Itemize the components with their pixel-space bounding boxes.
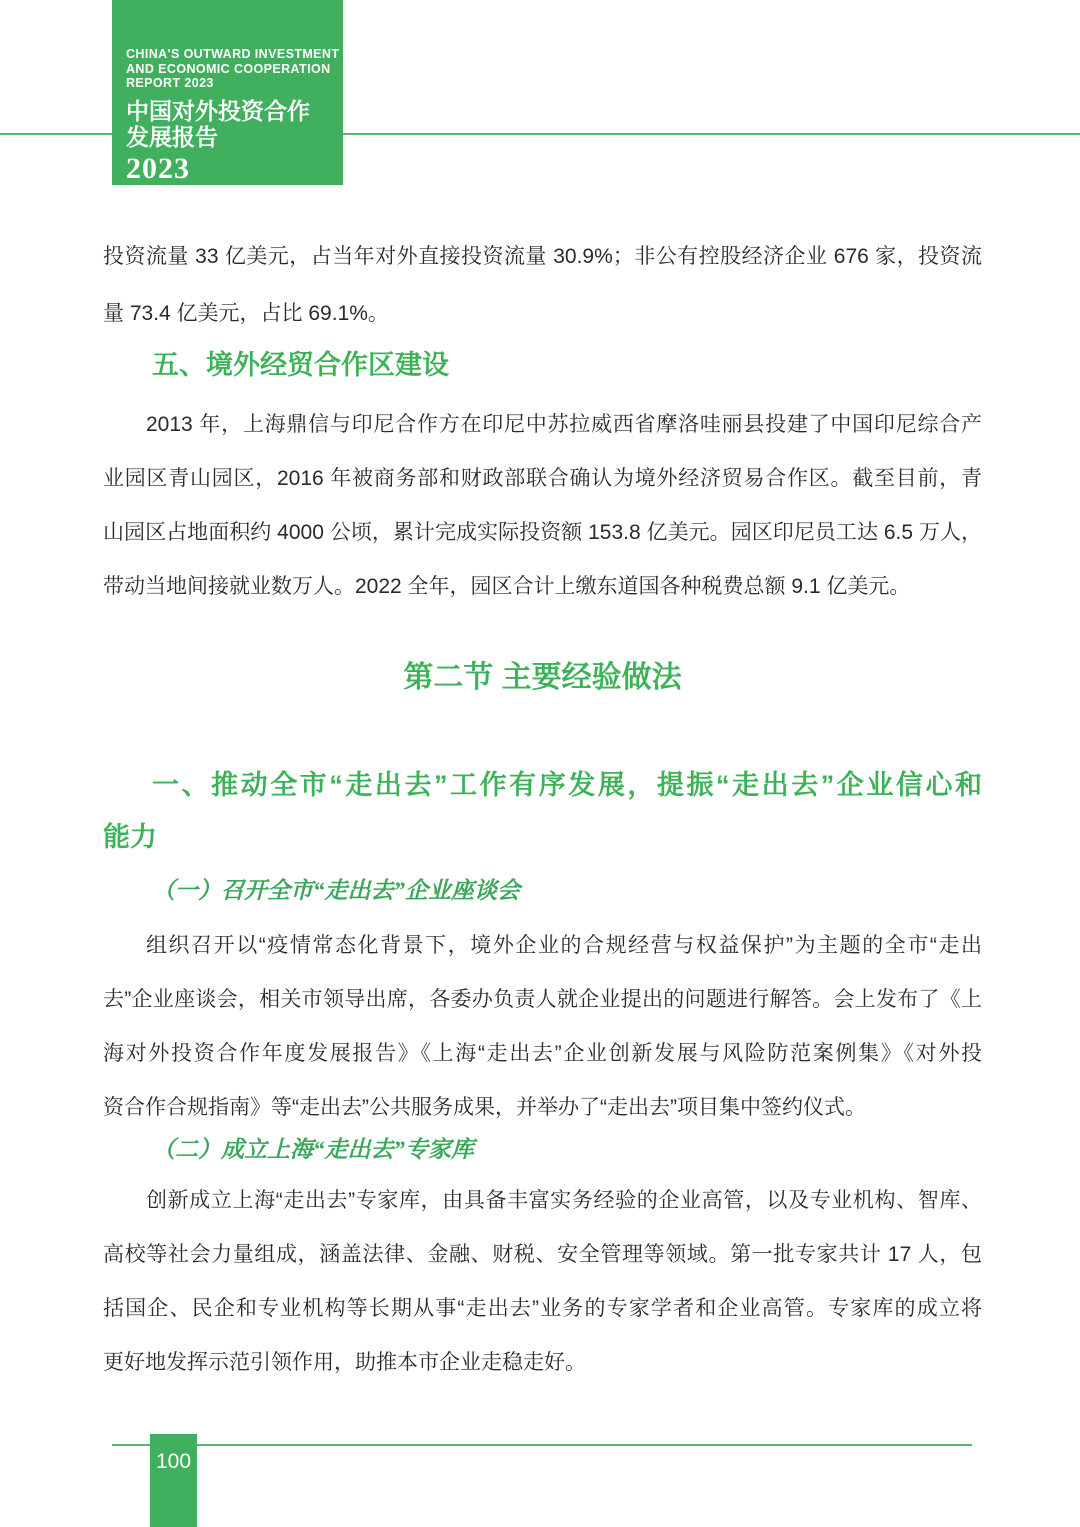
subheading-expert-pool: （二）成立上海“走出去”专家库 [152,1136,474,1164]
body-line: 高校等社会力量组成，涵盖法律、金融、财税、安全管理等领域。第一批专家共计 17 … [103,1241,982,1269]
body-line: 组织召开以“疫情常态化背景下，境外企业的合规经营与权益保护”为主题的全市“走出 [103,932,982,960]
heading-one-line2: 能力 [103,821,157,853]
report-title-chinese: 中国对外投资合作 发展报告 [126,98,333,150]
body-line: 2013 年，上海鼎信与印尼合作方在印尼中苏拉威西省摩洛哇丽县投建了中国印尼综合… [103,411,982,439]
body-line: 海对外投资合作年度发展报告》《上海“走出去”企业创新发展与风险防范案例集》《对外… [103,1040,982,1068]
body-line: 量 73.4 亿美元，占比 69.1%。 [103,300,982,328]
report-title-english-line3: REPORT 2023 [126,76,333,91]
report-year: 2023 [126,153,333,184]
subheading-symposium: （一）召开全市“走出去”企业座谈会 [152,877,520,905]
body-line: 山园区占地面积约 4000 公顷，累计完成实际投资额 153.8 亿美元。园区印… [103,519,982,547]
report-title-english-line2: AND ECONOMIC COOPERATION [126,62,333,77]
body-line: 带动当地间接就业数万人。2022 全年，园区合计上缴东道国各种税费总额 9.1 … [103,573,982,601]
section-title-main-experience: 第二节 主要经验做法 [103,661,982,695]
body-line: 创新成立上海“走出去”专家库，由具备丰富实务经验的企业高管，以及专业机构、智库、 [103,1187,982,1215]
page-number: 100 [156,1451,191,1473]
report-header-banner: CHINA'S OUTWARD INVESTMENT AND ECONOMIC … [112,0,343,185]
report-title-chinese-line2: 发展报告 [126,124,333,150]
report-page: CHINA'S OUTWARD INVESTMENT AND ECONOMIC … [0,0,1080,1527]
page-body: 投资流量 33 亿美元，占当年对外直接投资流量 30.9%；非公有控股经济企业 … [103,0,982,1400]
body-line: 去”企业座谈会，相关市领导出席，各委办负责人就企业提出的问题进行解答。会上发布了… [103,986,982,1014]
body-line: 括国企、民企和专业机构等长期从事“走出去”业务的专家学者和企业高管。专家库的成立… [103,1295,982,1323]
report-title-chinese-line1: 中国对外投资合作 [126,98,333,124]
page-number-tab: 100 [150,1434,197,1527]
report-title-english-line1: CHINA'S OUTWARD INVESTMENT [126,47,333,62]
body-line: 业园区青山园区，2016 年被商务部和财政部联合确认为境外经济贸易合作区。截至目… [103,465,982,493]
body-line: 投资流量 33 亿美元，占当年对外直接投资流量 30.9%；非公有控股经济企业 … [103,243,982,271]
body-line: 资合作合规指南》等“走出去”公共服务成果，并举办了“走出去”项目集中签约仪式。 [103,1094,982,1122]
body-line: 更好地发挥示范引领作用，助推本市企业走稳走好。 [103,1349,982,1377]
heading-one-line1: 一、推动全市“走出去”工作有序发展，提振“走出去”企业信心和 [103,769,982,801]
heading-five-cooperation-zones: 五、境外经贸合作区建设 [152,349,449,381]
footer-divider-rule [112,1444,972,1446]
